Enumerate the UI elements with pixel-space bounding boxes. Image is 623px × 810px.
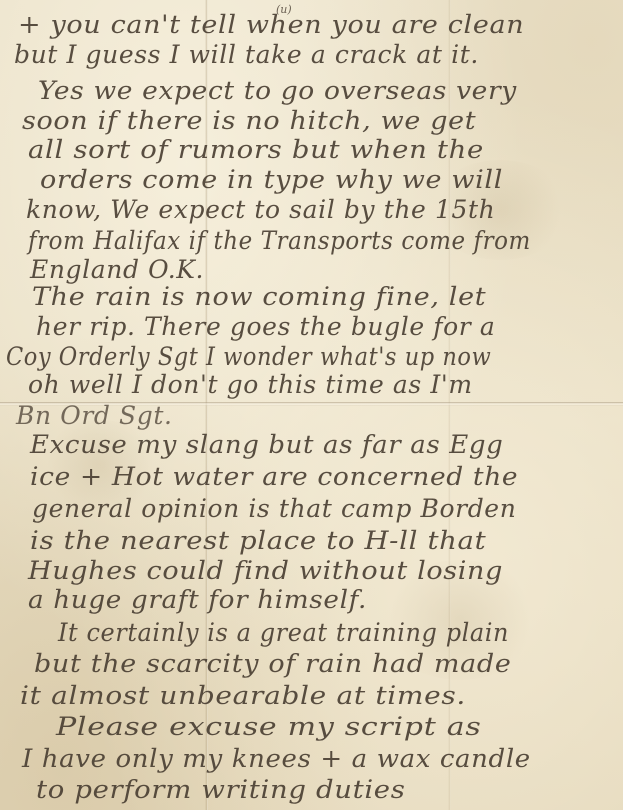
letter-line: Hughes could find without losing [28,558,503,583]
letter-line: but the scarcity of rain had made [34,651,511,676]
letter-line: I have only my knees + a wax candle [22,746,531,771]
letter-line: know, We expect to sail by the 15th [26,197,495,222]
letter-line: her rip. There goes the bugle for a [36,314,495,339]
letter-line: is the nearest place to H-ll that [30,528,486,553]
letter-line: a huge graft for himself. [28,587,367,612]
letter-line: Excuse my slang but as far as Egg [30,432,503,457]
letter-line: The rain is now coming fine, let [32,284,486,309]
letter-line: + you can't tell when you are clean [18,12,524,37]
letter-line: but I guess I will take a crack at it. [14,42,479,67]
letter-line: England O.K. [30,257,204,282]
letter-line: Bn Ord Sgt. [16,403,173,428]
letter-line: orders come in type why we will [40,167,503,192]
letter-page: (u) + you can't tell when you are clean … [0,0,623,810]
letter-line: from Halifax if the Transports come from [28,228,531,253]
letter-line: to perform writing duties [36,777,406,802]
letter-line: Coy Orderly Sgt I wonder what's up now [6,344,491,369]
letter-line: soon if there is no hitch, we get [22,108,476,133]
letter-line: all sort of rumors but when the [28,137,484,162]
letter-line: Please excuse my script as [56,714,481,739]
letter-line: general opinion is that camp Borden [32,496,516,521]
letter-line: Yes we expect to go overseas very [38,78,517,103]
letter-line: ice + Hot water are concerned the [30,464,518,489]
letter-line: It certainly is a great training plain [58,620,509,645]
letter-line: oh well I don't go this time as I'm [28,372,473,397]
letter-line: it almost unbearable at times. [20,683,466,708]
